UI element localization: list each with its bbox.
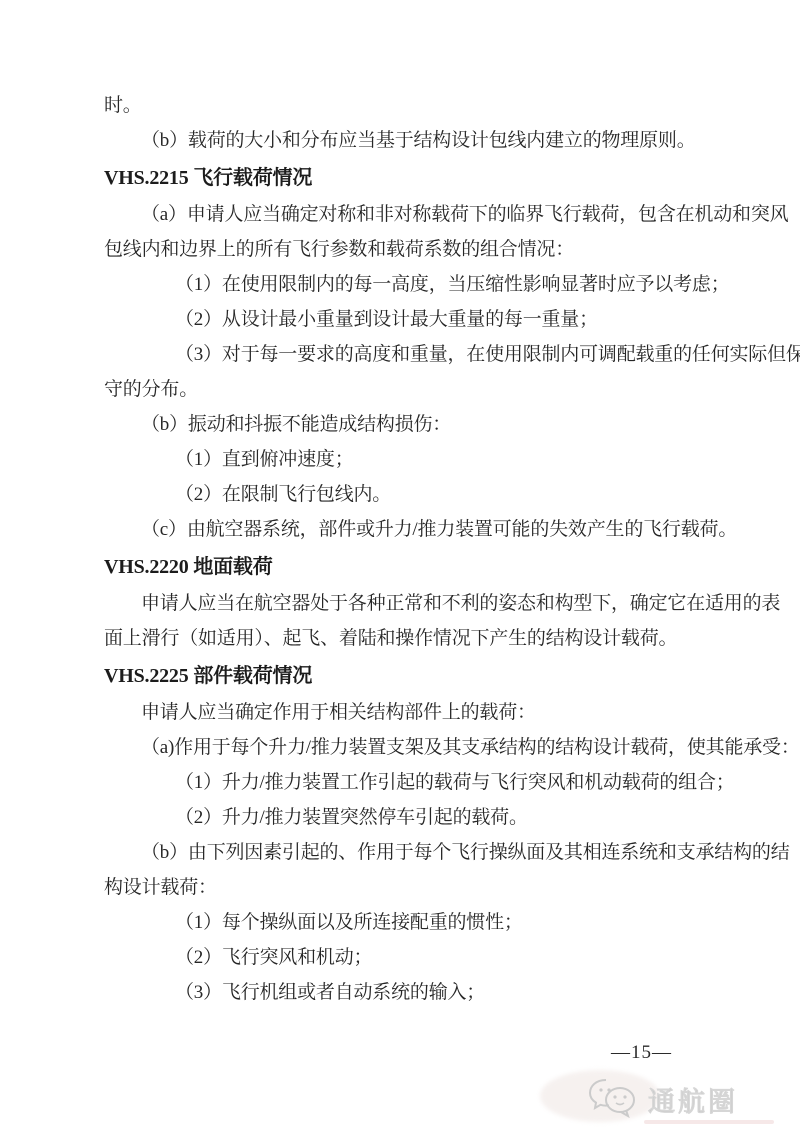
text-line: 时。 <box>104 88 764 123</box>
watermark-underline <box>644 1120 774 1124</box>
section-heading: VHS.2225 部件载荷情况 <box>104 657 764 695</box>
text-line: 申请人应当确定作用于相关结构部件上的载荷： <box>141 695 764 730</box>
watermark-text: 通航圈 <box>648 1080 738 1119</box>
text-line: （2）飞行突风和机动； <box>175 940 764 975</box>
text-line: （1）每个操纵面以及所连接配重的惯性； <box>175 905 764 940</box>
text-line: （2）从设计最小重量到设计最大重量的每一重量； <box>175 302 764 337</box>
text-line: （2）在限制飞行包线内。 <box>175 477 764 512</box>
text-line: （b）振动和抖振不能造成结构损伤： <box>141 407 764 442</box>
text-line: （a)作用于每个升力/推力装置支架及其支承结构的结构设计载荷，使其能承受： <box>141 730 764 765</box>
text-line: （b）载荷的大小和分布应当基于结构设计包线内建立的物理原则。 <box>141 123 764 158</box>
section-heading: VHS.2215 飞行载荷情况 <box>104 159 764 197</box>
text-line: 面上滑行（如适用）、起飞、着陆和操作情况下产生的结构设计载荷。 <box>104 621 764 656</box>
document-page: 时。（b）载荷的大小和分布应当基于结构设计包线内建立的物理原则。VHS.2215… <box>0 0 800 1131</box>
text-line: 守的分布。 <box>104 372 764 407</box>
document-body: 时。（b）载荷的大小和分布应当基于结构设计包线内建立的物理原则。VHS.2215… <box>104 88 764 1010</box>
text-line: （1）升力/推力装置工作引起的载荷与飞行突风和机动载荷的组合； <box>175 765 764 800</box>
text-line: （1）直到俯冲速度； <box>175 442 764 477</box>
chat-bubbles-icon <box>588 1076 640 1123</box>
section-heading: VHS.2220 地面载荷 <box>104 548 764 586</box>
text-line: （2）升力/推力装置突然停车引起的载荷。 <box>175 800 764 835</box>
text-line: 申请人应当在航空器处于各种正常和不利的姿态和构型下，确定它在适用的表 <box>141 586 764 621</box>
text-line: （c）由航空器系统，部件或升力/推力装置可能的失效产生的飞行载荷。 <box>141 512 764 547</box>
text-line: （b）由下列因素引起的、作用于每个飞行操纵面及其相连系统和支承结构的结 <box>141 835 764 870</box>
text-line: （a）申请人应当确定对称和非对称载荷下的临界飞行载荷，包含在机动和突风 <box>141 197 764 232</box>
text-line: 构设计载荷： <box>104 870 764 905</box>
text-line: （1）在使用限制内的每一高度，当压缩性影响显著时应予以考虑； <box>175 267 764 302</box>
page-number: —15— <box>611 1042 672 1064</box>
watermark: 通航圈 <box>588 1068 788 1128</box>
text-line: （3）对于每一要求的高度和重量，在使用限制内可调配载重的任何实际但保 <box>175 337 764 372</box>
text-line: （3）飞行机组或者自动系统的输入； <box>175 975 764 1010</box>
text-line: 包线内和边界上的所有飞行参数和载荷系数的组合情况： <box>104 232 764 267</box>
